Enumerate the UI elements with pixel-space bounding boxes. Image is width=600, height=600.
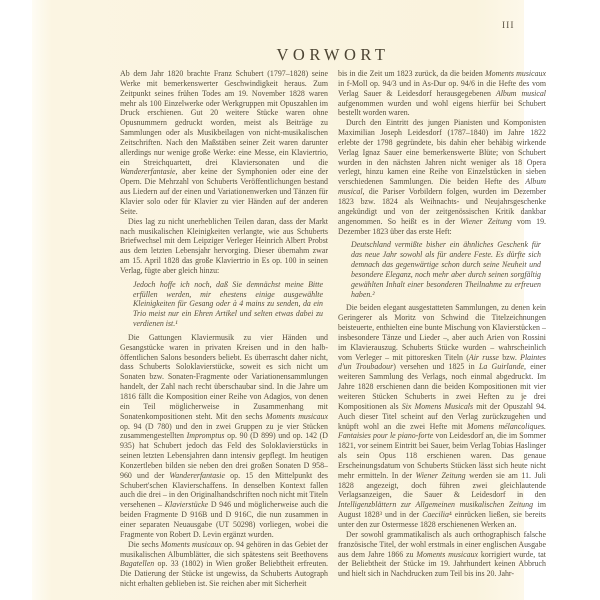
paragraph: Die Gattungen Klaviermusik zu vier Hände… <box>120 333 328 540</box>
italic-text-run: Bagatellen <box>120 559 154 568</box>
block-quote: Jedoch hoffe ich noch, daß Sie demnächst… <box>133 280 323 329</box>
italic-text-run: Moments musicaux <box>416 550 478 559</box>
text-run: Jedoch hoffe ich noch, daß Sie demnächst… <box>133 280 323 328</box>
italic-text-run: Wandererfantasie <box>120 167 176 176</box>
paragraph: Durch den Eintritt des jungen Pianisten … <box>338 118 546 236</box>
italic-text-run: Album musical <box>496 89 546 98</box>
italic-text-run: Wandererfantasie <box>169 471 225 480</box>
text-run: Durch den Eintritt des jungen Pianisten … <box>338 118 546 186</box>
italic-text-run: Moments musicaux <box>266 412 328 421</box>
italic-text-run: Moments musicaux <box>161 540 222 549</box>
page-number: III <box>502 21 532 31</box>
italic-text-run: Wiener Zeitung <box>460 217 512 226</box>
column-right: bis in die Zeit um 1823 zurück, da die b… <box>338 69 546 589</box>
text-run: Ab dem Jahr 1820 brachte Franz Schubert … <box>120 69 328 167</box>
text-run: ) versehen und 1825 in <box>393 362 479 371</box>
paragraph: Ab dem Jahr 1820 brachte Franz Schubert … <box>120 69 328 217</box>
text-run: Deutschland vermißte bisher ein ähnliche… <box>351 240 541 298</box>
italic-text-run: La Guirlande <box>479 362 524 371</box>
text-run: Dies lag zu nicht unerheblichen Teilen d… <box>120 217 328 275</box>
paragraph: Der sowohl grammatikalisch als auch orth… <box>338 530 546 579</box>
column-left: Ab dem Jahr 1820 brachte Franz Schubert … <box>120 69 328 589</box>
paragraph: Die beiden elegant ausgestatteten Sammlu… <box>338 303 546 529</box>
italic-text-run: Six Momens Musicals <box>402 402 473 411</box>
italic-text-run: Impromptus <box>187 431 225 440</box>
text-run: bis in die Zeit um 1823 zurück, da die b… <box>338 69 485 78</box>
text-run: Die sechs <box>128 540 161 549</box>
book-page: III VORWORT Ab dem Jahr 1820 brachte Fra… <box>32 0 524 600</box>
italic-text-run: Intelligenzblättern zur Allgemeinen musi… <box>338 500 533 509</box>
scanned-page-background: III VORWORT Ab dem Jahr 1820 brachte Fra… <box>0 0 600 600</box>
italic-text-run: Wiener Zeitung <box>416 471 466 480</box>
italic-text-run: Moments musicaux <box>485 69 546 78</box>
text-run: Die Gattungen Klaviermusik zu vier Hände… <box>120 333 328 421</box>
text-run: bzw. <box>499 353 520 362</box>
italic-text-run: Caecilia <box>422 510 449 519</box>
italic-text-run: Air russe <box>469 353 499 362</box>
text-columns: Ab dem Jahr 1820 brachte Franz Schubert … <box>120 69 546 589</box>
text-run: aufgenommen wurden und wohl eigens hierf… <box>338 99 546 118</box>
italic-text-run: Klavierstücke <box>165 500 208 509</box>
paragraph: bis in die Zeit um 1823 zurück, da die b… <box>338 69 546 118</box>
block-quote: Deutschland vermißte bisher ein ähnliche… <box>351 240 541 299</box>
paragraph: Dies lag zu nicht unerheblichen Teilen d… <box>120 217 328 276</box>
page-title: VORWORT <box>120 45 546 65</box>
paragraph: Die sechs Moments musicaux op. 94 gehöre… <box>120 540 328 589</box>
